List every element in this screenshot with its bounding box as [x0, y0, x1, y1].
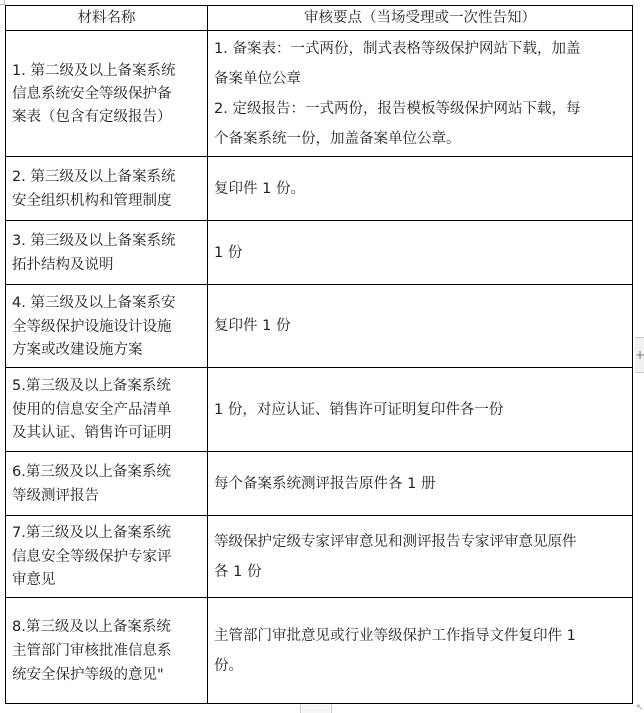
- review-point-cell[interactable]: 复印件 1 份。: [208, 157, 633, 221]
- cell-text: 每个备案系统测评报告原件各 1 册: [214, 469, 626, 499]
- table-resize-handle[interactable]: ↖: [636, 704, 644, 713]
- cell-text: 6.第三级及以上备案系统: [12, 460, 201, 484]
- cell-text: 方案或改建设施方案: [12, 339, 201, 362]
- cell-text: 案表（包含有定级报告）: [12, 106, 201, 129]
- table-row: 7.第三级及以上备案系统 信息安全等级保护专家评 审意见 等级保护定级专家评审意…: [6, 516, 633, 598]
- header-review-points: 审核要点（当场受理或一次性告知）: [208, 6, 633, 31]
- cell-text: 信息系统安全等级保护备: [12, 83, 201, 106]
- header-material-name: 材料名称: [6, 6, 208, 31]
- cell-text: 7.第三级及以上备案系统: [12, 521, 201, 545]
- cell-text: 安全组织机构和管理制度: [12, 189, 201, 213]
- cell-text: 复印件 1 份: [214, 311, 626, 341]
- requirements-table: 材料名称 审核要点（当场受理或一次性告知） 1. 第二级及以上备案系统 信息系统…: [5, 5, 633, 704]
- cell-text: 统安全保护等级的意见": [12, 663, 201, 687]
- material-name-cell[interactable]: 8.第三级及以上备案系统 主管部门审核批准信息系 统安全保护等级的意见": [6, 598, 208, 704]
- cell-text: 2. 定级报告：一式两份，报告模板等级保护网站下载，每: [214, 94, 626, 124]
- material-name-cell[interactable]: 5.第三级及以上备案系统 使用的信息安全产品清单 及其认证、销售许可证明: [6, 368, 208, 452]
- review-point-cell[interactable]: 1. 备案表：一式两份，制式表格等级保护网站下载，加盖 备案单位公章 2. 定级…: [208, 31, 633, 157]
- add-row-handle[interactable]: [300, 705, 332, 713]
- cell-text: 5.第三级及以上备案系统: [12, 374, 201, 398]
- cell-text: 个备案系统一份，加盖备案单位公章。: [214, 124, 626, 154]
- cell-text: 各 1 份: [214, 557, 626, 587]
- material-name-cell[interactable]: 1. 第二级及以上备案系统 信息系统安全等级保护备 案表（包含有定级报告）: [6, 31, 208, 157]
- material-name-cell[interactable]: 7.第三级及以上备案系统 信息安全等级保护专家评 审意见: [6, 516, 208, 598]
- cell-text: 全等级保护设施设计设施: [12, 315, 201, 339]
- table-row: 1. 第二级及以上备案系统 信息系统安全等级保护备 案表（包含有定级报告） 1.…: [6, 31, 633, 157]
- table-row: 6.第三级及以上备案系统 等级测评报告 每个备案系统测评报告原件各 1 册: [6, 452, 633, 516]
- material-name-cell[interactable]: 2. 第三级及以上备案系统 安全组织机构和管理制度: [6, 157, 208, 221]
- material-name-cell[interactable]: 3. 第三级及以上备案系统 拓扑结构及说明: [6, 221, 208, 285]
- cell-text: 份。: [214, 651, 626, 681]
- resize-arrow-icon: ↖: [636, 703, 644, 713]
- table-row: 5.第三级及以上备案系统 使用的信息安全产品清单 及其认证、销售许可证明 1 份…: [6, 368, 633, 452]
- cell-text: 信息安全等级保护专家评: [12, 545, 201, 569]
- cell-text: 备案单位公章: [214, 64, 626, 94]
- add-column-handle[interactable]: +: [635, 337, 644, 373]
- cell-text: 3. 第三级及以上备案系统: [12, 229, 201, 253]
- plus-icon: +: [635, 348, 644, 362]
- cell-text: 审意见: [12, 569, 201, 592]
- cell-text: 1 份，对应认证、销售许可证明复印件各一份: [214, 395, 626, 425]
- table-header-row: 材料名称 审核要点（当场受理或一次性告知）: [6, 6, 633, 31]
- review-point-cell[interactable]: 1 份: [208, 221, 633, 285]
- review-point-cell[interactable]: 每个备案系统测评报告原件各 1 册: [208, 452, 633, 516]
- cell-text: 1. 备案表：一式两份，制式表格等级保护网站下载，加盖: [214, 34, 626, 64]
- table-row: 2. 第三级及以上备案系统 安全组织机构和管理制度 复印件 1 份。: [6, 157, 633, 221]
- cell-text: 等级测评报告: [12, 484, 201, 508]
- cell-text: 4. 第三级及以上备案系安: [12, 291, 201, 315]
- cell-text: 拓扑结构及说明: [12, 253, 201, 277]
- cell-text: 主管部门审批意见或行业等级保护工作指导文件复印件 1: [214, 621, 626, 651]
- cell-text: 2. 第三级及以上备案系统: [12, 165, 201, 189]
- cell-text: 主管部门审核批准信息系: [12, 639, 201, 663]
- cell-text: 等级保护定级专家评审意见和测评报告专家评审意见原件: [214, 527, 626, 557]
- cell-text: 使用的信息安全产品清单: [12, 398, 201, 422]
- review-point-cell[interactable]: 主管部门审批意见或行业等级保护工作指导文件复印件 1 份。: [208, 598, 633, 704]
- table-row: 8.第三级及以上备案系统 主管部门审核批准信息系 统安全保护等级的意见" 主管部…: [6, 598, 633, 704]
- review-point-cell[interactable]: 1 份，对应认证、销售许可证明复印件各一份: [208, 368, 633, 452]
- table-row: 4. 第三级及以上备案系安 全等级保护设施设计设施 方案或改建设施方案 复印件 …: [6, 285, 633, 368]
- table-row: 3. 第三级及以上备案系统 拓扑结构及说明 1 份: [6, 221, 633, 285]
- material-name-cell[interactable]: 4. 第三级及以上备案系安 全等级保护设施设计设施 方案或改建设施方案: [6, 285, 208, 368]
- material-name-cell[interactable]: 6.第三级及以上备案系统 等级测评报告: [6, 452, 208, 516]
- cell-text: 1 份: [214, 238, 626, 268]
- review-point-cell[interactable]: 等级保护定级专家评审意见和测评报告专家评审意见原件 各 1 份: [208, 516, 633, 598]
- cell-text: 复印件 1 份。: [214, 174, 626, 204]
- review-point-cell[interactable]: 复印件 1 份: [208, 285, 633, 368]
- cell-text: 1. 第二级及以上备案系统: [12, 59, 201, 83]
- cell-text: 及其认证、销售许可证明: [12, 422, 201, 445]
- cell-text: 8.第三级及以上备案系统: [12, 615, 201, 639]
